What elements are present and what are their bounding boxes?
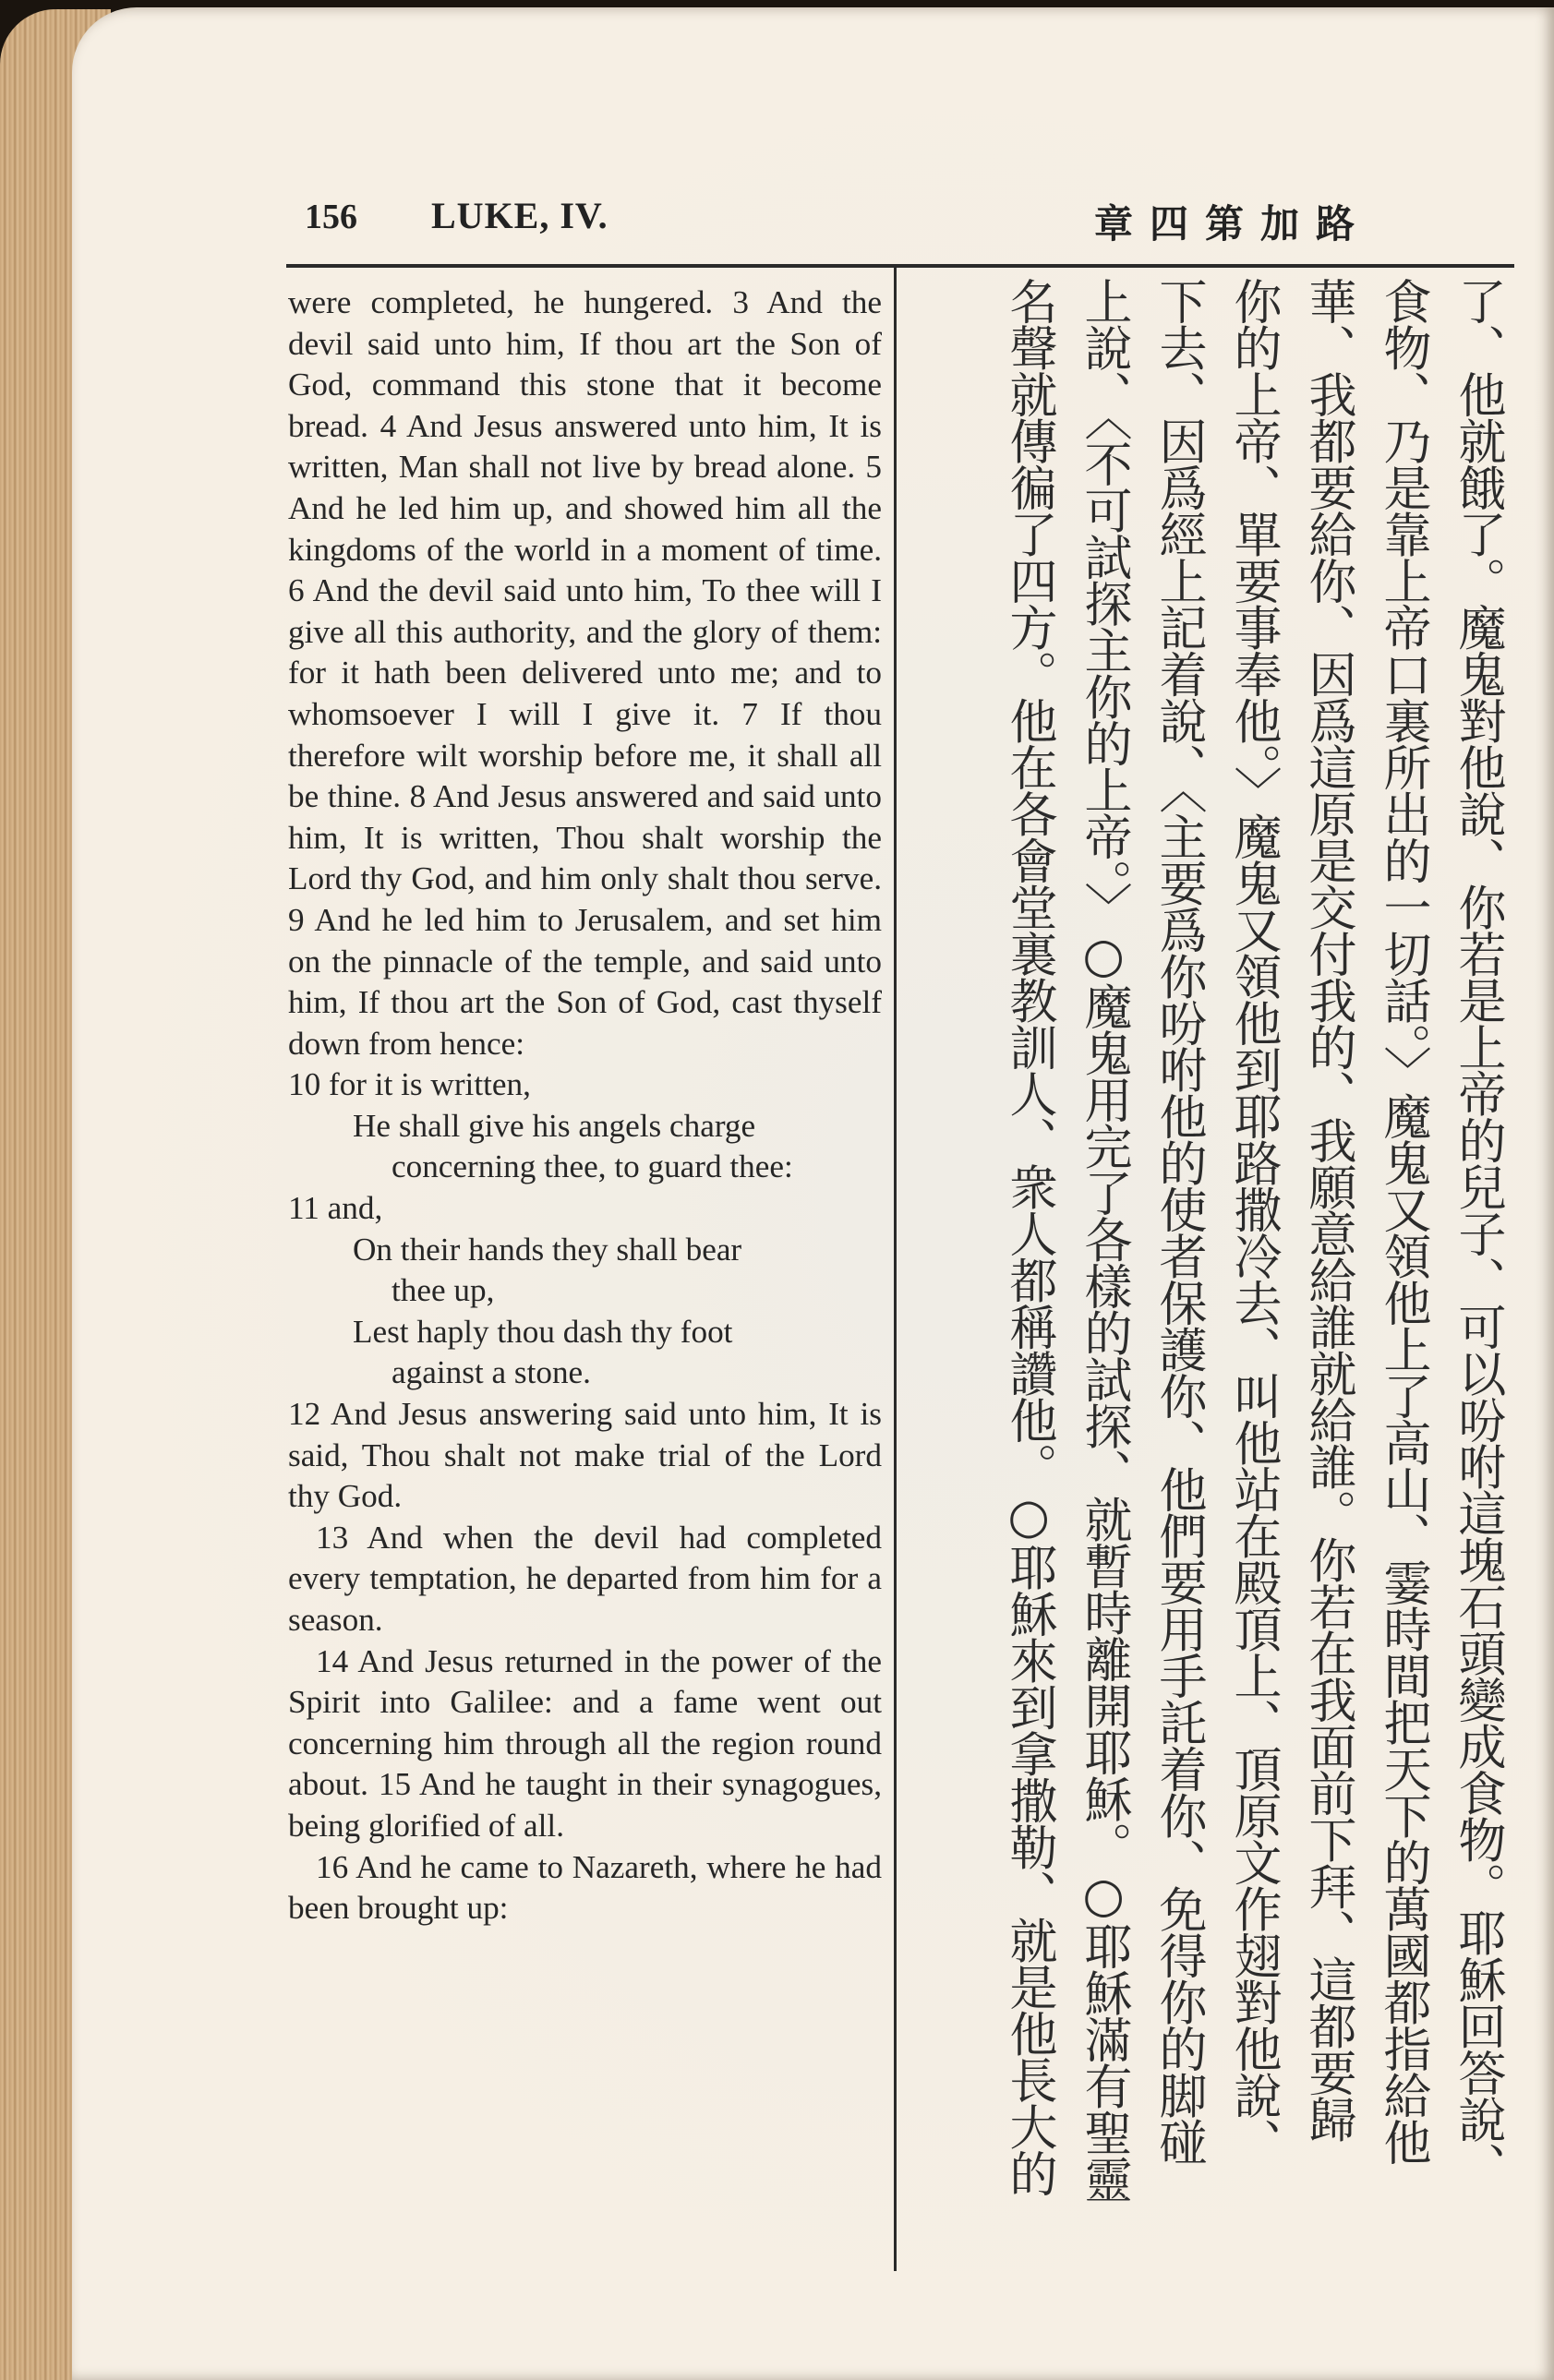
verse-10: 10 for it is written, bbox=[288, 1064, 882, 1106]
chinese-column: 了、他就餓了。魔鬼對他說、你若是上帝的兒子、可以吩咐這塊石頭變成食物。耶穌回答說… bbox=[1438, 277, 1512, 2206]
quote-line: thee up, bbox=[288, 1270, 882, 1312]
quote-line: concerning thee, to guard thee: bbox=[288, 1147, 882, 1188]
chinese-column: 下去、因爲經上記着說、〈主要爲你吩咐他的使者保護你、他們要用手託着你、免得你的脚… bbox=[1138, 277, 1213, 2206]
chinese-column: 食物、乃是靠上帝口裏所出的一切話。〉魔鬼又領他上了高山、霎時間把天下的萬國都指給… bbox=[1363, 277, 1438, 2206]
english-running-header: 156 LUKE, IV. bbox=[305, 194, 608, 249]
verses-2-9: were completed, he hungered. 3 And the d… bbox=[288, 282, 882, 1064]
quote-line: On their hands they shall bear bbox=[288, 1230, 882, 1271]
verse-16: 16 And he came to Nazareth, where he had… bbox=[288, 1847, 882, 1929]
page-number: 156 bbox=[305, 197, 357, 237]
chinese-text-block: 了、他就餓了。魔鬼對他說、你若是上帝的兒子、可以吩咐這塊石頭變成食物。耶穌回答說… bbox=[989, 277, 1512, 2206]
column-divider bbox=[894, 266, 897, 2271]
verse-12: 12 And Jesus answering said unto him, It… bbox=[288, 1394, 882, 1518]
chinese-column: 華、我都要給你、因爲這原是交付我的、我願意給誰就給誰。你若在我面前下拜、這都要歸… bbox=[1288, 277, 1363, 2206]
quote-line: He shall give his angels charge bbox=[288, 1106, 882, 1148]
verses-14-15: 14 And Jesus returned in the power of th… bbox=[288, 1641, 882, 1847]
book-title-english: LUKE, IV. bbox=[431, 194, 608, 237]
chinese-column: 你的上帝、單要事奉他。〉魔鬼又領他到耶路撒冷去、叫他站在殿頂上、頂原文作翅對他說… bbox=[1213, 277, 1288, 2206]
chinese-column: 名聲就傳徧了四方。他在各會堂裏教訓人、衆人都稱讚他。○耶穌來到拿撒勒、就是他長大… bbox=[989, 277, 1064, 2206]
header-rule bbox=[286, 264, 1514, 268]
book-title-chinese: 路加第四章 bbox=[1094, 194, 1371, 249]
quote-line: Lest haply thou dash thy foot bbox=[288, 1312, 882, 1353]
quote-line: against a stone. bbox=[288, 1352, 882, 1394]
english-text-column: were completed, he hungered. 3 And the d… bbox=[288, 282, 882, 1929]
verse-11: 11 and, bbox=[288, 1188, 882, 1230]
chinese-column: 上說、〈不可試探主你的上帝。〉○魔鬼用完了各樣的試探、就暫時離開耶穌。○耶穌滿有… bbox=[1064, 277, 1138, 2206]
verse-13: 13 And when the devil had completed ever… bbox=[288, 1518, 882, 1641]
